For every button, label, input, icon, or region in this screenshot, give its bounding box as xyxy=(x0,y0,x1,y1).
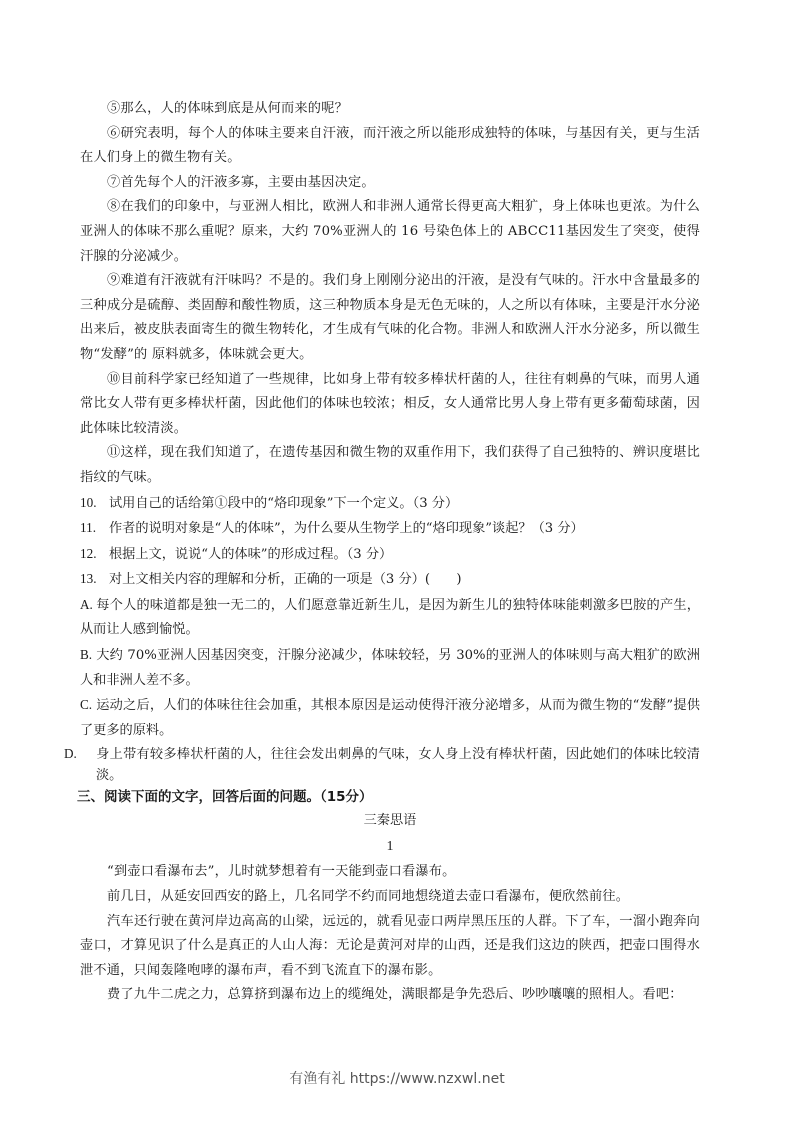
question-13: 13.对上文相关内容的理解和分析，正确的一项是（3 分）( ) xyxy=(80,567,700,593)
article-title: 三秦思语 xyxy=(80,808,700,834)
paragraph-8: ⑧在我们的印象中，与亚洲人相比，欧洲人和非洲人通常长得更高大粗犷，身上体味也更浓… xyxy=(80,195,700,269)
option-text: 每个人的味道都是独一无二的，人们愿意靠近新生儿，是因为新生儿的独特体味能刺激多巴… xyxy=(80,598,700,638)
option-text: 身上带有较多棒状杆菌的人，往往会发出刺鼻的气味，女人身上没有棒状杆菌，因此她们的… xyxy=(96,747,700,783)
paragraph-10: ⑩目前科学家已经知道了一些规律，比如身上带有较多棒状杆菌的人，往往有刺鼻的气味，… xyxy=(80,368,700,442)
article-paragraph: 前几日，从延安回西安的路上，几名同学不约而同地想绕道去壶口看瀑布，便欣然前往。 xyxy=(80,885,700,910)
option-d: D.身上带有较多棒状杆菌的人，往往会发出刺鼻的气味，女人身上没有棒状杆菌，因此她… xyxy=(80,743,700,786)
chapter-number: 1 xyxy=(80,834,700,860)
question-text: 对上文相关内容的理解和分析，正确的一项是（3 分）( ) xyxy=(109,572,462,587)
footer-watermark: 有渔有礼 https://www.nzxwl.net xyxy=(0,1068,794,1088)
section-heading: 三、阅读下面的文字，回答后面的问题。（15分） xyxy=(77,786,700,808)
option-b: B.大约 70%亚洲人因基因突变，汗腺分泌减少，体味较轻，另 30%的亚洲人的体… xyxy=(80,643,700,693)
question-text: 试用自己的话给第①段中的“烙印现象”下一个定义。（3 分） xyxy=(109,496,458,511)
option-text: 运动之后，人们的体味往往会加重，其根本原因是运动使得汗液分泌增多，从而为微生物的… xyxy=(80,698,700,738)
question-text: 作者的说明对象是“人的体味”，为什么要从生物学上的“烙印现象”谈起？（3 分） xyxy=(109,521,584,536)
article-paragraph: 汽车还行驶在黄河岸边高高的山梁，远远的，就看见壶口两岸黑压压的人群。下了车，一溜… xyxy=(80,910,700,984)
question-text: 根据上文，说说“人的体味”的形成过程。（3 分） xyxy=(109,547,392,562)
paragraph-11: ⑪这样，现在我们知道了，在遗传基因和微生物的双重作用下，我们获得了自己独特的、辨… xyxy=(80,441,700,490)
document-page: ⑤那么，人的体味到底是从何而来的呢？ ⑥研究表明，每个人的体味主要来自汗液，而汗… xyxy=(80,97,700,1008)
option-c: C.运动之后，人们的体味往往会加重，其根本原因是运动使得汗液分泌增多，从而为微生… xyxy=(80,693,700,743)
question-number: 10. xyxy=(80,491,109,516)
option-text: 大约 70%亚洲人因基因突变，汗腺分泌减少，体味较轻，另 30%的亚洲人的体味则… xyxy=(80,648,700,688)
option-a: A.每个人的味道都是独一无二的，人们愿意靠近新生儿，是因为新生儿的独特体味能刺激… xyxy=(80,593,700,643)
paragraph-5: ⑤那么，人的体味到底是从何而来的呢？ xyxy=(80,97,700,122)
question-10: 10.试用自己的话给第①段中的“烙印现象”下一个定义。（3 分） xyxy=(80,491,700,517)
option-label: C. xyxy=(80,693,96,718)
article-paragraph: 费了九牛二虎之力，总算挤到瀑布边上的缆绳处，满眼都是争先恐后、吵吵嚷嚷的照相人。… xyxy=(80,983,700,1008)
option-label: D. xyxy=(80,743,96,764)
paragraph-9: ⑨难道有汗液就有汗味吗？不是的。我们身上刚刚分泌出的汗液，是没有气味的。汗水中含… xyxy=(80,269,700,367)
option-list: A.每个人的味道都是独一无二的，人们愿意靠近新生儿，是因为新生儿的独特体味能刺激… xyxy=(80,593,700,787)
paragraph-7: ⑦首先每个人的汗液多寡，主要由基因决定。 xyxy=(80,171,700,196)
article-paragraph: “到壶口看瀑布去”，儿时就梦想着有一天能到壶口看瀑布。 xyxy=(80,860,700,885)
question-12: 12.根据上文，说说“人的体味”的形成过程。（3 分） xyxy=(80,542,700,568)
paragraph-6: ⑥研究表明，每个人的体味主要来自汗液，而汗液之所以能形成独特的体味，与基因有关，… xyxy=(80,122,700,171)
question-number: 11. xyxy=(80,516,109,541)
option-label: A. xyxy=(80,593,96,618)
option-label: B. xyxy=(80,643,96,668)
question-list: 10.试用自己的话给第①段中的“烙印现象”下一个定义。（3 分） 11.作者的说… xyxy=(80,491,700,593)
question-number: 13. xyxy=(80,567,109,592)
question-11: 11.作者的说明对象是“人的体味”，为什么要从生物学上的“烙印现象”谈起？（3 … xyxy=(80,516,700,542)
question-number: 12. xyxy=(80,542,109,567)
